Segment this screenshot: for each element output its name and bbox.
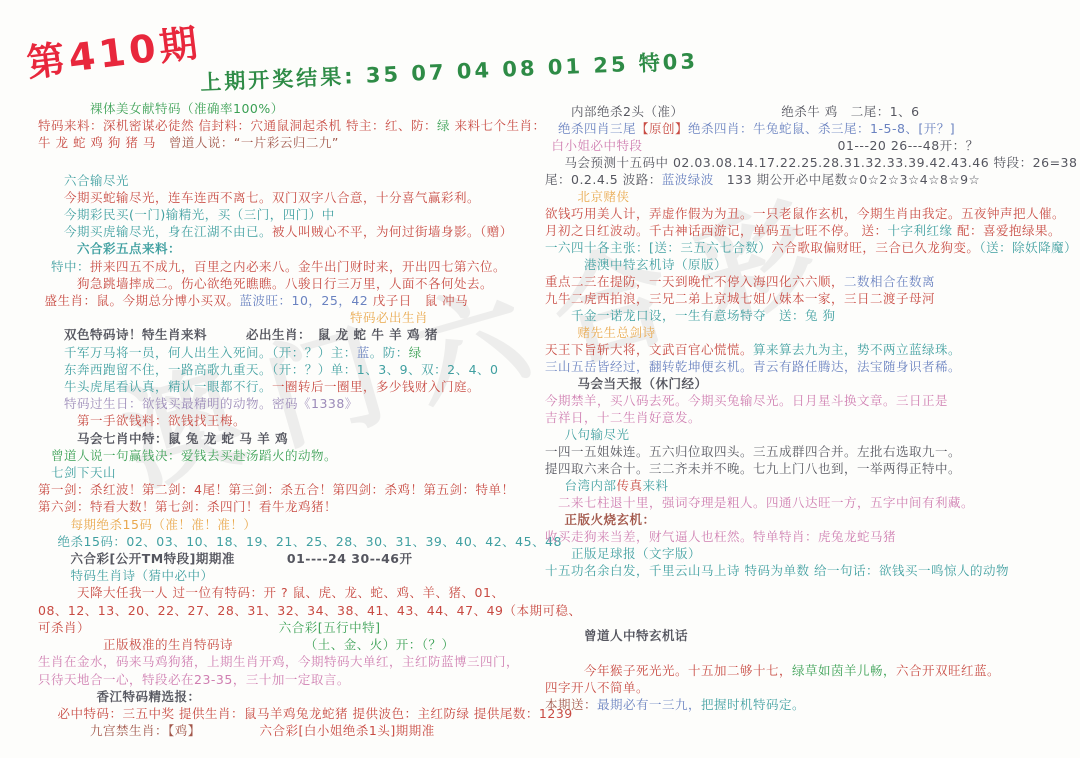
text-segment: 九牛二虎西拍浪，三兄二弟上京城七姐八妹本一家，三日二渡子母河 — [545, 291, 935, 306]
text-line: 六合彩五点来料： — [38, 240, 543, 257]
text-segment: 港澳中特玄机诗（原版） — [584, 257, 727, 272]
text-line: 台湾内部传真来料 — [545, 477, 1070, 494]
text-segment: 台湾内部 — [565, 478, 617, 493]
text-segment: 正版足球报（文字版） — [571, 546, 701, 561]
text-line: 特中：拼来四五不成九，百里之内必来八。金牛出门财时来，开出四七第六位。 — [38, 258, 543, 275]
text-segment: 第六剑：特看大数！第七剑：杀四门！看牛龙鸡猪！ — [38, 499, 337, 514]
text-segment: 今年猴子死光光。十五加二够十七， — [584, 663, 792, 678]
text-segment: 今期买蛇输尽光，连车连西不离七。双门双字八合意，十分喜气赢彩利。 — [64, 190, 480, 205]
right-column: 内部绝杀2头（准） 绝杀牛 鸡 二尾：1、6绝杀四肖三尾【原创】绝杀四肖：牛兔蛇… — [545, 103, 1070, 713]
last-draw-result: 上期开奖结果: 35 07 04 08 01 25 特03 — [200, 45, 699, 97]
text-segment: 、防： — [398, 118, 437, 133]
text-line: 东奔西跑留不住，一路高歌九重天。（开：？）单：1、3、9、双：2、4、0 — [38, 361, 543, 378]
text-segment: 六合彩[五行中特] — [84, 620, 381, 635]
text-line: 盛生肖：鼠。今期总分博小买双。蓝波旺：10，25，42 戊子日 鼠 冲马 — [38, 292, 543, 309]
text-segment: 十五功名余白发，千里云山马上诗 特码为单数 给一句话：欲钱买一鸣惊人的动物 — [545, 563, 1009, 578]
text-segment: 戊子日 鼠 冲马 — [368, 293, 468, 308]
text-line: 正版极准的生肖特码诗 （土、金、火）开：（？） — [38, 636, 543, 653]
text-segment: 东奔西跑留不住，一路高歌九重天。（开：？）单：1、3、9、双：2、4、0 — [64, 362, 498, 377]
text-segment: 曾道人说：“一片彩云归二九” — [169, 135, 339, 150]
text-segment: 六合彩五点来料： — [77, 241, 181, 256]
text-segment: 六合彩[公开TM特段]期期准 — [71, 551, 235, 566]
text-segment: 绿草如茵羊儿畅， — [792, 663, 896, 678]
left-column: 裸体美女献特码（准确率100%）特码来料：深机密谋必徒然 信封料：穴通鼠洞起杀机… — [38, 100, 543, 739]
text-segment: 蓝 — [357, 345, 370, 360]
text-segment: 生肖在金水，码来马鸡狗猪，上期生肖开鸡，今期特码大单红，主红防蓝博三四门， — [38, 654, 519, 669]
text-line: 三山五岳皆经过，翻转乾坤便玄机。青云有路任腾达，法宝随身识者稀。 — [545, 358, 1070, 375]
text-segment: 今期买虎输尽光，身在江湖不由已。 — [64, 224, 272, 239]
text-line: 生肖在金水，码来马鸡狗猪，上期生肖开鸡，今期特码大单红，主红防蓝博三四门， — [38, 653, 543, 670]
text-line: 千金一诺龙口设，一生有意场特夺 送：兔 狗 — [545, 307, 1070, 324]
text-segment: 四字开八不简单。 — [545, 680, 649, 695]
text-line: 北京赌侠 — [545, 188, 1070, 205]
text-segment: 正版火烧玄机： — [565, 512, 656, 527]
text-line: 八句输尽光 — [545, 426, 1070, 443]
text-line: 马会当天报（休门经） — [545, 375, 1070, 392]
text-line: 牛 龙 蛇 鸡 狗 猪 马 曾道人说：“一片彩云归二九” — [38, 134, 543, 151]
text-segment: 盛生肖：鼠。今期总分博小买双。 — [45, 293, 240, 308]
text-segment: 十字利红缘 — [887, 223, 952, 238]
text-line: 天王下旨斩大将，文武百官心慌慌。算来算去九为主，势不两立蓝绿珠。 — [545, 341, 1070, 358]
text-segment: 每期绝杀15码（准！准！准！） — [71, 517, 257, 532]
text-line: 提四取六来合十。三二齐未并不晚。七九上门八也到，一举两得正特中。 — [545, 460, 1070, 477]
text-segment: 双色特码诗！特生肖来料 — [64, 327, 207, 342]
text-segment: 尾：0.2.4.5 波路： — [545, 172, 662, 187]
text-segment: 第一剑：杀红波！第二剑：4尾！第三剑：杀五合！第四剑：杀鸡！第五剑：特单！ — [38, 482, 514, 497]
text-line: 特码来料：深机密谋必徒然 信封料：穴通鼠洞起杀机 特主：红、防：绿 来料七个生肖… — [38, 117, 543, 134]
text-line: 十五功名余白发，千里云山马上诗 特码为单数 给一句话：欲钱买一鸣惊人的动物 — [545, 562, 1070, 579]
text-line: 四字开八不简单。 — [545, 679, 1070, 696]
text-line: 欲钱巧用美人计，弄虚作假为为丑。一只老鼠作玄机，今期生肖由我定。五夜钟声把人催。 — [545, 205, 1070, 222]
text-line: 第一剑：杀红波！第二剑：4尾！第三剑：杀五合！第四剑：杀鸡！第五剑：特单！ — [38, 481, 543, 498]
text-segment: 可杀肖） — [38, 620, 84, 635]
text-segment: 二来七柱退十里，强词夺理是粗人。四通八达旺一方，五字中间有利藏。 — [558, 495, 974, 510]
text-segment: 天降大任我一人 过一位有特码：开 ? 鼠、虎、龙、蛇、鸡、羊、猪、01、 — [77, 585, 504, 600]
text-line: 重点二三在提防，一天到晚忙不停入海四化六六顺，二数相合在数离 — [545, 273, 1070, 290]
text-segment: 内部绝杀2头（准） — [571, 104, 677, 119]
text-segment: 千军万马将一员，何人出生入死间。（开：？）主： — [64, 345, 357, 360]
text-line: 曾道人中特玄机话 — [545, 627, 1070, 644]
text-line: 裸体美女献特码（准确率100%） — [38, 100, 543, 117]
text-segment: 绝杀四肖三尾 — [558, 121, 636, 136]
text-segment: 特中： — [51, 259, 90, 274]
text-segment: 特码必出生肖 — [350, 310, 428, 325]
text-segment: 01----24 30--46开 — [235, 551, 413, 566]
text-line: 七剑下天山 — [38, 464, 543, 481]
text-segment: 传真 — [617, 478, 643, 493]
text-line: 双色特码诗！特生肖来料 必出生肖： 鼠 龙 蛇 牛 羊 鸡 猪 — [38, 326, 543, 343]
text-line: 六合输尽光 — [38, 172, 543, 189]
text-line: 必中特码：三五中奖 提供生肖：鼠马羊鸡兔龙蛇猪 提供波色：主红防绿 提供尾数：1… — [38, 705, 543, 722]
text-line: 一四一五姐妹连。五六归位取四头。三五成群四合并。左批右选取九一。 — [545, 443, 1070, 460]
text-segment: 六合歌取偏财旺，三合已久龙狗变。 — [771, 240, 979, 255]
text-segment: 收买走狗来当差，财气逼人也枉然。特单特肖：虎兔龙蛇马猪 — [545, 529, 896, 544]
text-line: 吉祥日，十二生肖好意发。 — [545, 409, 1070, 426]
text-line: 今期买虎输尽光，身在江湖不由已。被人叫贼心不平，为何过街墙身影。（赠） — [38, 223, 543, 240]
text-line: 九宫禁生肖：【鸡】 六合彩[白小姐绝杀1头]期期准 — [38, 722, 543, 739]
text-line: 赌先生总剑诗 — [545, 324, 1070, 341]
text-segment: 绝杀四肖：牛兔蛇鼠、杀三尾：1-5-8、[开？] — [688, 121, 955, 136]
text-segment: 被人叫贼心不平，为何过街墙身影。（赠） — [272, 224, 513, 239]
text-line: 天降大任我一人 过一位有特码：开 ? 鼠、虎、龙、蛇、鸡、羊、猪、01、 — [38, 584, 543, 601]
text-segment: 绝杀牛 鸡 二尾：1、6 — [677, 104, 919, 119]
text-segment: 来料七个生肖： — [450, 118, 545, 133]
text-segment: 七剑下天山 — [51, 465, 116, 480]
text-line: 今年猴子死光光。十五加二够十七，绿草如茵羊儿畅，六合开双旺红蓝。 — [545, 662, 1070, 679]
text-line: 绝杀15码：02、03、10、18、19、21、25、28、30、31、39、4… — [38, 533, 543, 550]
text-segment: 08、12、13、20、22、27、28、31、32、34、38、41、43、4… — [38, 603, 582, 618]
text-segment: 香江特码精选报： — [97, 689, 201, 704]
text-segment: 三山五岳皆经过，翻转乾坤便玄机。青云有路任腾达，法宝随身识者稀。 — [545, 359, 961, 374]
text-line: 月初之日红波动。千古神话西游记，单码五七旺不停。 送：十字利红缘 配：喜爱抱绿果… — [545, 222, 1070, 239]
text-segment: 白小姐必中特段 — [552, 138, 643, 153]
text-line: 正版足球报（文字版） — [545, 545, 1070, 562]
text-segment: （土、金、火）开：（？） — [233, 637, 455, 652]
text-line: 九牛二虎西拍浪，三兄二弟上京城七姐八妹本一家，三日二渡子母河 — [545, 290, 1070, 307]
text-segment: 正版极准的生肖特码诗 — [103, 637, 233, 652]
text-line: 牛头虎尾看认真，精认一眼都不行。一圈转后一圈里，多少钱财入门庭。 — [38, 378, 543, 395]
text-segment: 蓝波绿波 — [662, 172, 714, 187]
text-line: 绝杀四肖三尾【原创】绝杀四肖：牛兔蛇鼠、杀三尾：1-5-8、[开？] — [545, 120, 1070, 137]
text-segment: 欲钱巧用美人计，弄虚作假为为丑。一只老鼠作玄机，今期生肖由我定。五夜钟声把人催。 — [545, 206, 1065, 221]
text-line: 今期买蛇输尽光，连车连西不离七。双门双字八合意，十分喜气赢彩利。 — [38, 189, 543, 206]
text-segment: 牛头虎尾看认真，精认一眼都不行。 — [64, 379, 272, 394]
text-line: 收买走狗来当差，财气逼人也枉然。特单特肖：虎兔龙蛇马猪 — [545, 528, 1070, 545]
text-segment: 提四取六来合十。三二齐未并不晚。七九上门八也到，一举两得正特中。 — [545, 461, 961, 476]
text-line: 六合彩[公开TM特段]期期准 01----24 30--46开 — [38, 550, 543, 567]
text-segment: 【原创】 — [636, 121, 688, 136]
text-line: 每期绝杀15码（准！准！准！） — [38, 516, 543, 533]
text-segment: 特码生肖诗（猜中必中） — [71, 568, 214, 583]
text-segment: 千金一诺龙口设，一生有意场特夺 送：兔 狗 — [571, 308, 835, 323]
text-segment: 吉祥日，十二生肖好意发。 — [545, 410, 701, 425]
text-line: 第一手欲钱料：欲钱找王梅。 — [38, 412, 543, 429]
text-segment: 一四一五姐妹连。五六归位取四头。三五成群四合并。左批右选取九一。 — [545, 444, 961, 459]
text-segment: 马会当天报（休门经） — [578, 376, 708, 391]
text-line: 特码必出生肖 — [38, 309, 543, 326]
text-line: 马会预测十五码中 02.03.08.14.17.22.25.28.31.32.3… — [545, 154, 1070, 171]
text-segment: 01---20 26---48开：？ — [643, 138, 979, 153]
text-segment: 一六四十各主张：[送：三五六七合数） — [545, 240, 771, 255]
text-segment: 绿 — [409, 345, 422, 360]
text-segment: 赌先生总剑诗 — [578, 325, 656, 340]
text-segment: 今期彩民买(一门)输精光，买（三门，四门）中 — [64, 207, 335, 222]
text-segment: 特码来料：深机密谋必徒然 信封料：穴通鼠洞起杀机 特主： — [38, 118, 385, 133]
text-segment: 六合彩[白小姐绝杀1头]期期准 — [195, 723, 435, 738]
issue-title: 第410期 — [23, 12, 204, 88]
text-line: 08、12、13、20、22、27、28、31、32、34、38、41、43、4… — [38, 602, 543, 619]
text-segment: （送：除妖降魔） — [979, 240, 1077, 255]
text-segment: 九宫禁生肖：【鸡】 — [90, 723, 195, 738]
text-segment: 狗急跳墙摔成二。伤心欲绝死瞧瞧。八骏日行三万里，人面不各何处去。 — [77, 276, 493, 291]
text-line: 狗急跳墙摔成二。伤心欲绝死瞧瞧。八骏日行三万里，人面不各何处去。 — [38, 275, 543, 292]
text-line: 第六剑：特看大数！第七剑：杀四门！看牛龙鸡猪！ — [38, 498, 543, 515]
text-segment: 配：喜爱抱绿果。 — [953, 223, 1061, 238]
text-line: 特码生肖诗（猜中必中） — [38, 567, 543, 584]
text-segment: 133 期公开必中尾数☆0☆2☆3☆4☆8☆9☆ — [714, 172, 981, 187]
text-segment: 重点二三在提防，一天到晚忙不停入海四化六六顺， — [545, 274, 844, 289]
text-segment: 牛 龙 蛇 鸡 狗 猪 马 — [38, 135, 169, 150]
text-segment: 六合开双旺红蓝。 — [896, 663, 1000, 678]
text-segment: 一圈转后一圈里，多少钱财入门庭。 — [272, 379, 480, 394]
text-segment: 拼来四五不成九，百里之内必来八。金牛出门财时来，开出四七第六位。 — [90, 259, 506, 274]
text-segment: 必中特码：三五中奖 提供生肖：鼠马羊鸡兔龙蛇猪 提供波色：主红防绿 提供尾数：1… — [58, 706, 573, 721]
text-segment: 只待天地合一心，特段必在23-35，三十加一定取言。 — [38, 672, 350, 687]
text-segment: 北京赌侠 — [578, 189, 630, 204]
text-line: 可杀肖） 六合彩[五行中特] — [38, 619, 543, 636]
text-line: 港澳中特玄机诗（原版） — [545, 256, 1070, 273]
text-line: 尾：0.2.4.5 波路：蓝波绿波 133 期公开必中尾数☆0☆2☆3☆4☆8☆… — [545, 171, 1070, 188]
text-segment: 曾道人中特玄机话 — [584, 628, 688, 643]
text-line: 白小姐必中特段 01---20 26---48开：？ — [545, 137, 1070, 154]
text-line: 今期禁羊，买八码去死。今期买兔输尽光。日月星斗换文章。三日正是 — [545, 392, 1070, 409]
text-segment: 来料 — [643, 478, 669, 493]
text-line: 内部绝杀2头（准） 绝杀牛 鸡 二尾：1、6 — [545, 103, 1070, 120]
text-line: 今期彩民买(一门)输精光，买（三门，四门）中 — [38, 206, 543, 223]
text-line: 正版火烧玄机： — [545, 511, 1070, 528]
text-segment: 天王下旨斩大将，文武百官心慌慌。 — [545, 342, 753, 357]
text-segment: 二数相合在数离 — [844, 274, 935, 289]
text-segment: 马会七肖中特：鼠 兔 龙 蛇 马 羊 鸡 — [77, 431, 288, 446]
text-line: 马会七肖中特：鼠 兔 龙 蛇 马 羊 鸡 — [38, 430, 543, 447]
text-segment: 蓝波旺：10，25，42 — [240, 293, 369, 308]
text-segment: 第一手欲钱料：欲钱找王梅。 — [77, 413, 246, 428]
text-segment: 六合输尽光 — [64, 173, 129, 188]
text-line: 一六四十各主张：[送：三五六七合数）六合歌取偏财旺，三合已久龙狗变。（送：除妖降… — [545, 239, 1070, 256]
text-segment: 最期必有一三九， — [597, 697, 701, 712]
text-segment: 月初之日红波动。千古神话西游记，单码五七旺不停。 送： — [545, 223, 887, 238]
text-segment: 今期禁羊，买八码去死。今期买兔输尽光。日月星斗换文章。三日正是 — [545, 393, 948, 408]
text-line: 曾道人说一句赢钱决：爱钱去买赴汤蹈火的动物。 — [38, 447, 543, 464]
text-segment: 红 — [385, 118, 398, 133]
text-segment: 裸体美女献特码（准确率100%） — [90, 101, 284, 116]
text-segment: 本期送： — [545, 697, 597, 712]
text-segment: 绝杀15码：02、03、10、18、19、21、25、28、30、31、39、4… — [58, 534, 563, 549]
text-line: 只待天地合一心，特段必在23-35，三十加一定取言。 — [38, 671, 543, 688]
text-segment: 算来算去九为主，势不两立蓝绿珠。 — [753, 342, 961, 357]
text-segment: 特码过生日：欲钱买最精明的动物。密码《1338》 — [64, 396, 358, 411]
text-segment: 绿 — [437, 118, 450, 133]
text-line: 香江特码精选报： — [38, 688, 543, 705]
text-segment: 把握时机特码定。 — [701, 697, 805, 712]
text-segment: 八句输尽光 — [565, 427, 630, 442]
text-segment: 。防： — [370, 345, 409, 360]
text-segment: 马会预测十五码中 02.03.08.14.17.22.25.28.31.32.3… — [565, 155, 1078, 170]
text-segment: 必出生肖： 鼠 龙 蛇 牛 羊 鸡 猪 — [207, 327, 438, 342]
text-segment: 曾道人说一句赢钱决：爱钱去买赴汤蹈火的动物。 — [51, 448, 337, 463]
text-line: 本期送：最期必有一三九，把握时机特码定。 — [545, 696, 1070, 713]
text-line: 千军万马将一员，何人出生入死间。（开：？）主：蓝。防：绿 — [38, 344, 543, 361]
text-line: 特码过生日：欲钱买最精明的动物。密码《1338》 — [38, 395, 543, 412]
text-line: 二来七柱退十里，强词夺理是粗人。四通八达旺一方，五字中间有利藏。 — [545, 494, 1070, 511]
